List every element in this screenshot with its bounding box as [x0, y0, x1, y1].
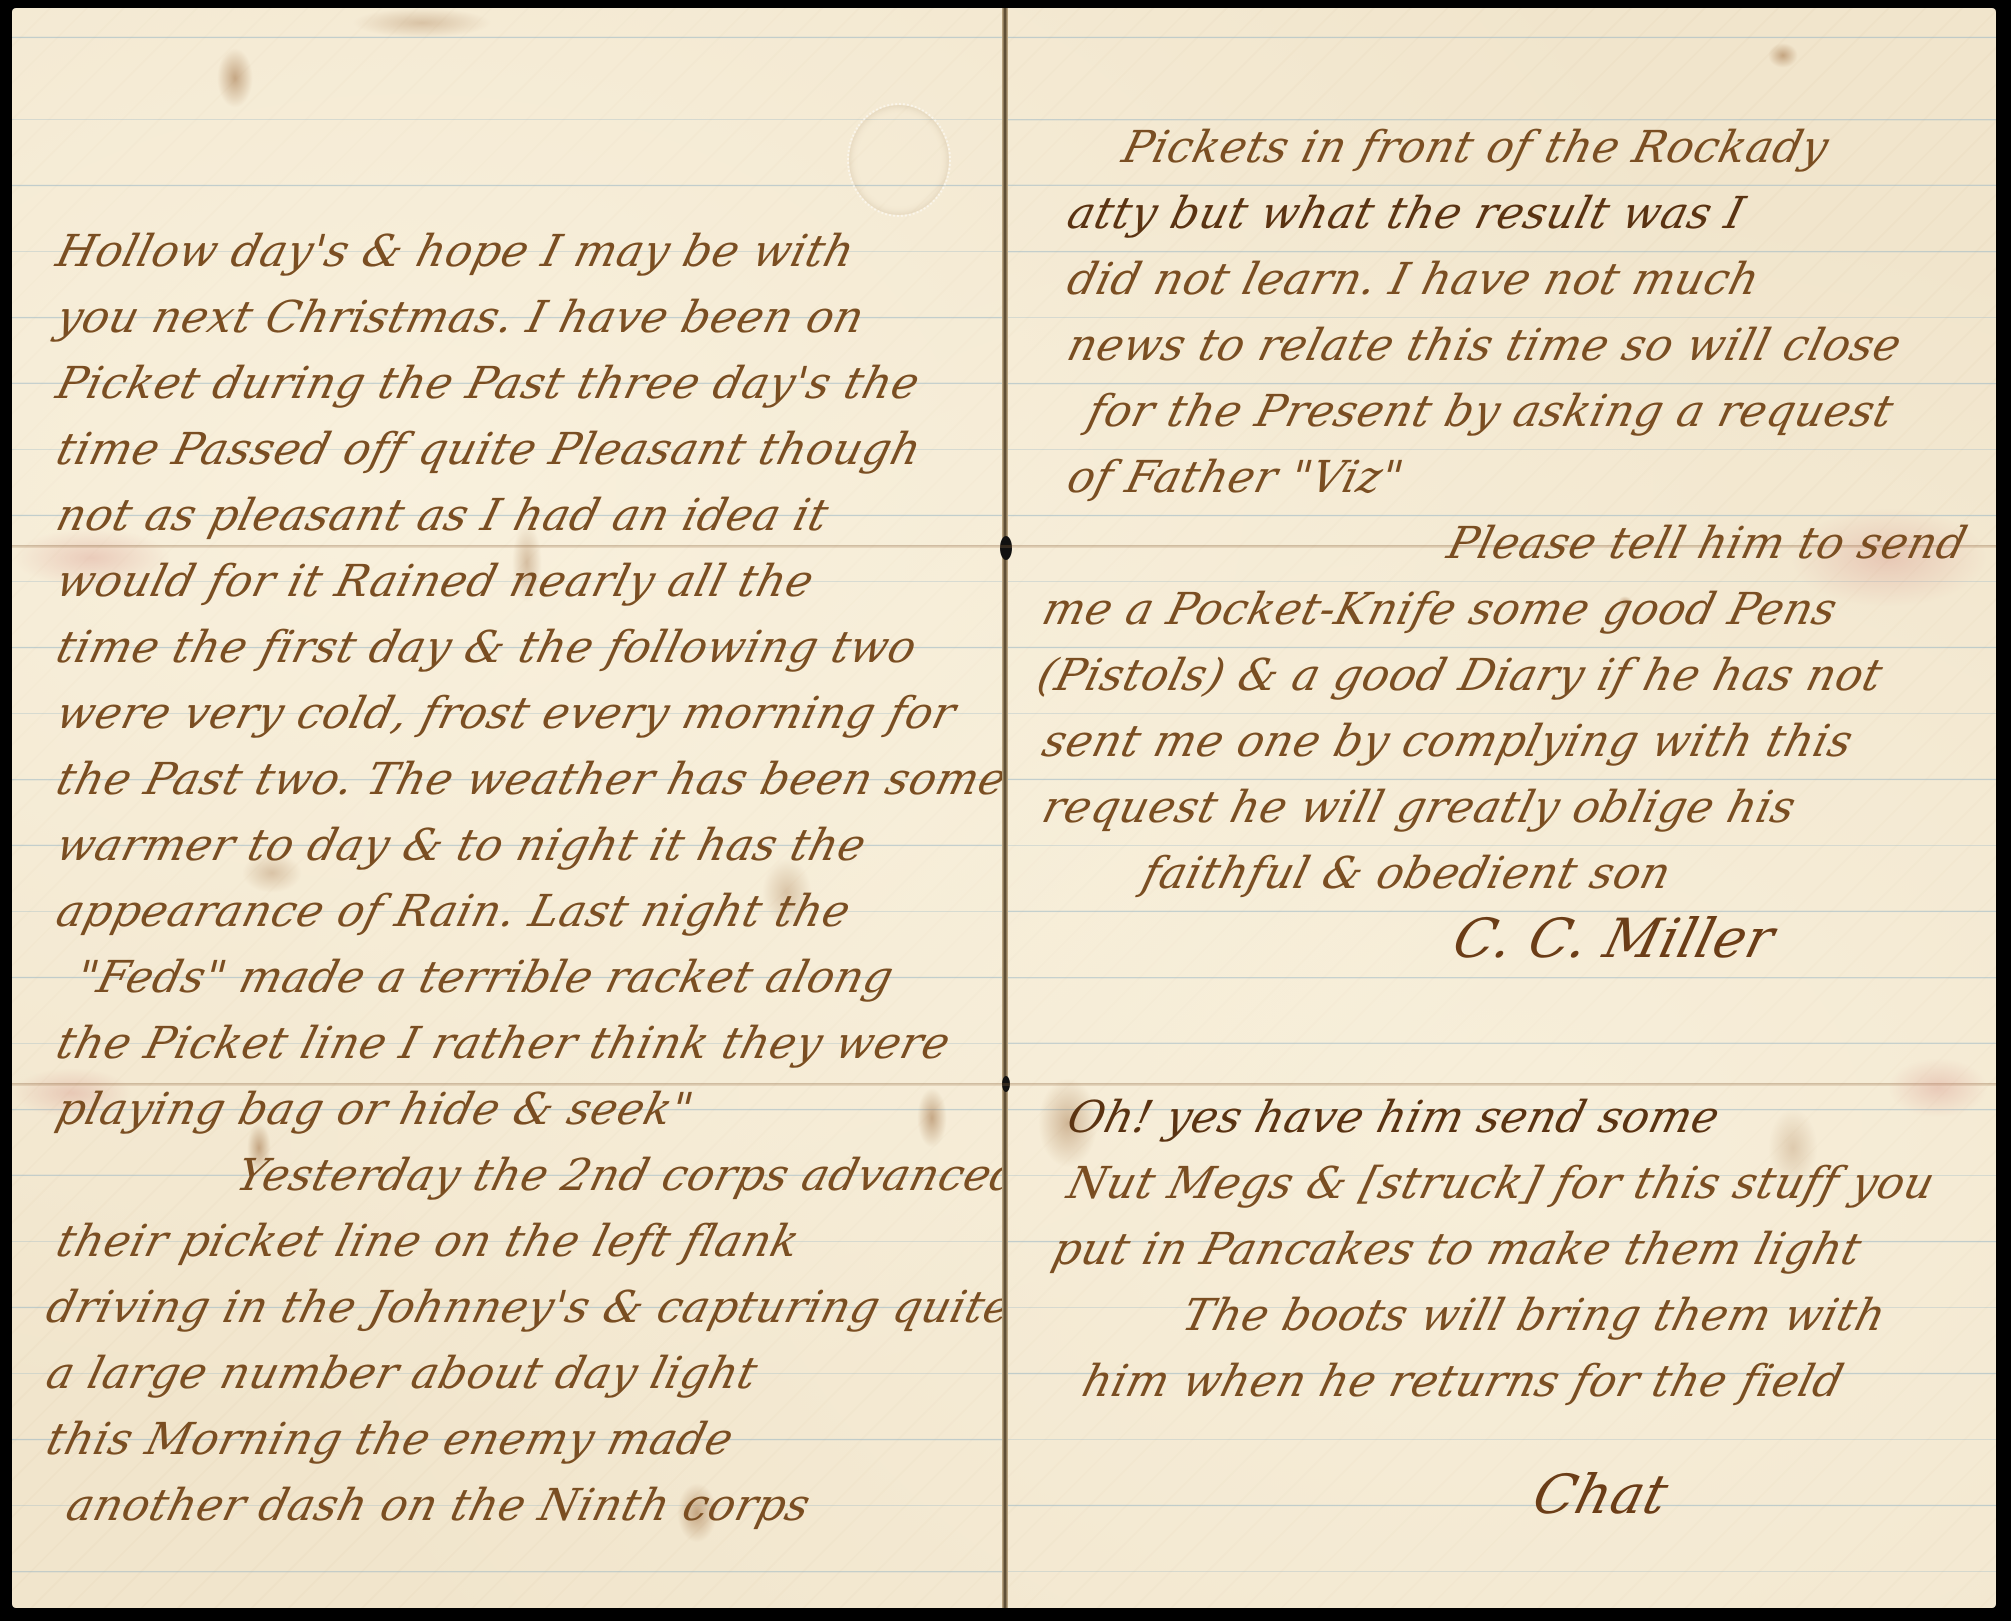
ink-stain — [217, 48, 253, 108]
letter-line: time Passed off quite Pleasant though — [52, 428, 926, 472]
letter-line: did not learn. I have not much — [1063, 258, 1764, 302]
letter-line: of Father "Viz" — [1063, 456, 1408, 500]
postscript-line: Nut Megs & [struck] for this stuff you — [1063, 1162, 1939, 1206]
letter-line: playing bag or hide & seek" — [52, 1088, 698, 1132]
letter-line: Picket during the Past three day's the — [52, 362, 924, 406]
postscript-line: him when he returns for the field — [1078, 1360, 1848, 1404]
closing: faithful & obedient son — [1138, 852, 1675, 896]
postscript-line: The boots will bring them with — [1178, 1294, 1890, 1338]
letter-line: for the Present by asking a request — [1083, 390, 1898, 434]
letter-line: Pickets in front of the Rockady — [1118, 126, 1833, 170]
letter-line: another dash on the Ninth corps — [62, 1484, 815, 1528]
letter-line: this Morning the enemy made — [42, 1418, 738, 1462]
letter-line: appearance of Rain. Last night the — [52, 890, 855, 934]
discoloration — [1888, 1058, 1988, 1118]
postscript-signature: Chat — [1528, 1468, 1673, 1522]
water-stain — [352, 8, 492, 38]
postscript-line: put in Pancakes to make them light — [1048, 1228, 1866, 1272]
letter-line: warmer to day & to night it has the — [52, 824, 870, 868]
letter-line: Hollow day's & hope I may be with — [52, 230, 859, 274]
letter-line: (Pistols) & a good Diary if he has not — [1033, 654, 1887, 698]
letter-line: their picket line on the left flank — [52, 1220, 804, 1264]
embossed-seal — [847, 103, 951, 217]
letter-line: not as pleasant as I had an idea it — [52, 494, 833, 538]
letter-line: the Picket line I rather think they were — [52, 1022, 955, 1066]
letter-line: would for it Rained nearly all the — [52, 560, 818, 604]
letter-line: "Feds" made a terrible racket along — [72, 956, 898, 1000]
letter-line: Please tell him to send — [1443, 522, 1971, 566]
postscript-line: Oh! yes have him send some — [1063, 1096, 1724, 1140]
left-page: Hollow day's & hope I may be with you ne… — [12, 8, 1002, 1608]
right-page: Pickets in front of the Rockady atty but… — [1008, 8, 1996, 1608]
letter-line: Yesterday the 2nd corps advanced — [232, 1154, 1002, 1198]
letter-line: me a Pocket-Knife some good Pens — [1038, 588, 1841, 632]
signature: C. C. Miller — [1448, 912, 1780, 966]
letter-line: a large number about day light — [42, 1352, 762, 1396]
letter-line: you next Christmas. I have been on — [52, 296, 869, 340]
letter-sheet: Hollow day's & hope I may be with you ne… — [12, 8, 1996, 1608]
ink-stain — [1768, 43, 1798, 68]
letter-line: were very cold, frost every morning for — [52, 692, 960, 736]
letter-line: driving in the Johnney's & capturing qui… — [42, 1286, 1002, 1330]
ink-stain — [917, 1088, 947, 1148]
letter-line: sent me one by complying with this — [1038, 720, 1857, 764]
letter-line: time the first day & the following two — [52, 626, 921, 670]
letter-line: news to relate this time so will close — [1063, 324, 1906, 368]
letter-line: atty but what the result was I — [1063, 192, 1749, 236]
letter-line: the Past two. The weather has been some — [52, 758, 1002, 802]
letter-line: request he will greatly oblige his — [1038, 786, 1800, 830]
